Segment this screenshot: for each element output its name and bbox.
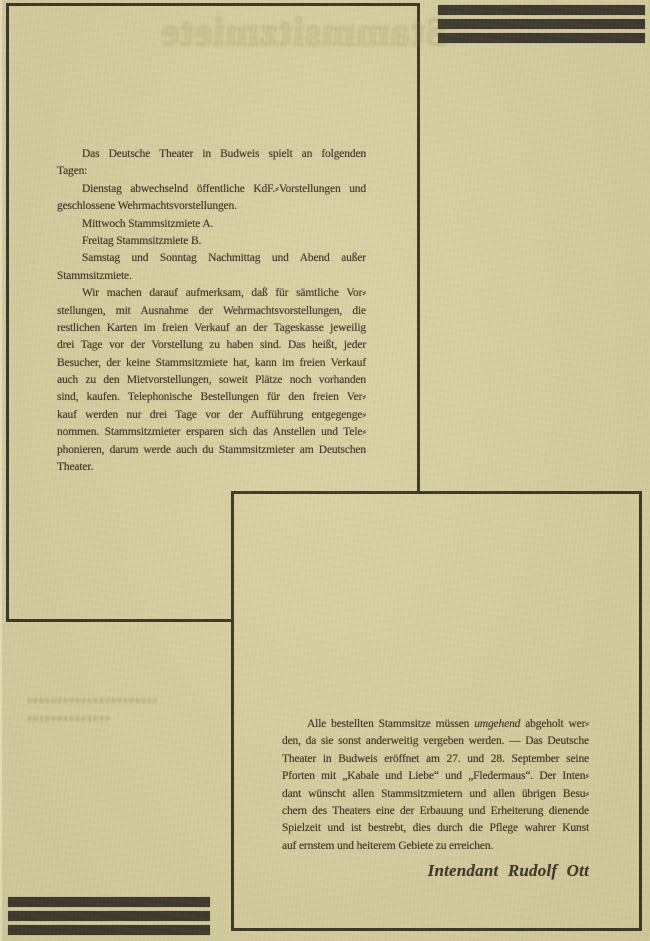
text-segment: umgehend [474, 718, 520, 730]
text-line: auch zu den Mietvorstellungen, soweit Pl… [57, 372, 366, 389]
text-segment: Theater in Budweis eröffnet am 27. und 2… [282, 753, 589, 765]
ornament-bar [8, 897, 210, 907]
text-line: kauf werden nur drei Tage vor der Auffüh… [57, 407, 366, 424]
opening-notice-box: Alle bestellten Stammsitze müssen umgehe… [231, 491, 642, 931]
text-line: Pforten mit „Kabale und Liebe“ und „Fled… [282, 768, 589, 785]
text-line: Tagen: [57, 163, 366, 180]
text-line: Wir machen darauf aufmerksam, daß für sä… [57, 285, 366, 302]
ornament-bar [8, 911, 210, 921]
text-segment: abgeholt wer⸗ [520, 718, 589, 730]
text-segment: auf ernstem und heiterem Gebiete zu erre… [282, 840, 493, 852]
text-segment: Pforten mit „Kabale und Liebe“ und „Fled… [282, 770, 589, 782]
text-segment: Theater. [57, 461, 93, 473]
text-line: Theater in Budweis eröffnet am 27. und 2… [282, 751, 589, 768]
text-segment: Das Deutsche Theater in Budweis spielt a… [82, 148, 366, 160]
scan-edge [0, 0, 2, 941]
text-segment: Samstag und Sonntag Nachmittag und Abend… [82, 252, 366, 264]
text-line: den, da sie sonst anderweitig vergeben w… [282, 733, 589, 750]
text-line: Stammsitzmiete. [57, 268, 366, 285]
ornament-bars-top-right [438, 5, 645, 43]
text-segment: dant wünscht allen Stammsitzmietern und … [282, 788, 589, 800]
text-segment: kauf werden nur drei Tage vor der Auffüh… [57, 409, 366, 421]
text-line: drei Tage vor der Vorstellung zu haben s… [57, 337, 366, 354]
ornament-bar [438, 19, 645, 29]
text-line: stellungen, mit Ausnahme der Wehrmachtsv… [57, 303, 366, 320]
text-segment: Spielzeit und ist bestrebt, dies durch d… [282, 822, 589, 834]
text-line: Mittwoch Stammsitzmiete A. [57, 216, 366, 233]
text-segment: nommen. Stammsitzmieter ersparen sich da… [57, 426, 366, 438]
bleed-through-smudge [28, 716, 110, 721]
text-line: Alle bestellten Stammsitze müssen umgehe… [282, 716, 589, 733]
ornament-bar [8, 925, 210, 935]
text-segment: Dienstag abwechselnd öffentliche KdF.⸗Vo… [82, 183, 366, 195]
schedule-text: Das Deutsche Theater in Budweis spielt a… [57, 146, 366, 476]
ornament-bars-bottom-left [8, 897, 210, 935]
text-line: geschlossene Wehrmachtsvorstellungen. [57, 198, 366, 215]
text-line: Theater. [57, 459, 366, 476]
text-segment: restlichen Karten im freien Verkauf an d… [57, 322, 366, 334]
text-line: Freitag Stammsitzmiete B. [57, 233, 366, 250]
ornament-bar [438, 5, 645, 15]
bleed-through-smudge [28, 698, 156, 703]
text-segment: Besucher, der keine Stammsitzmiete hat, … [57, 357, 366, 369]
text-line: dant wünscht allen Stammsitzmietern und … [282, 786, 589, 803]
text-line: Das Deutsche Theater in Budweis spielt a… [57, 146, 366, 163]
signature: Intendant Rudolf Ott [234, 860, 589, 881]
text-line: nommen. Stammsitzmieter ersparen sich da… [57, 424, 366, 441]
text-segment: Mittwoch Stammsitzmiete A. [82, 218, 213, 230]
text-segment: Tagen: [57, 165, 87, 177]
text-segment: auch zu den Mietvorstellungen, soweit Pl… [57, 374, 366, 386]
text-segment: drei Tage vor der Vorstellung zu haben s… [57, 339, 366, 351]
opening-text: Alle bestellten Stammsitze müssen umgehe… [282, 716, 589, 855]
text-segment: den, da sie sonst anderweitig vergeben w… [282, 735, 589, 747]
ornament-bar [438, 33, 645, 43]
text-line: auf ernstem und heiterem Gebiete zu erre… [282, 838, 589, 855]
text-segment: Stammsitzmiete. [57, 270, 132, 282]
text-segment: phonieren, darum werde auch du Stammsitz… [57, 444, 366, 456]
text-segment: stellungen, mit Ausnahme der Wehrmachtsv… [57, 305, 366, 317]
text-line: chern des Theaters eine der Erbauung und… [282, 803, 589, 820]
text-line: restlichen Karten im freien Verkauf an d… [57, 320, 366, 337]
text-line: Spielzeit und ist bestrebt, dies durch d… [282, 820, 589, 837]
text-line: phonieren, darum werde auch du Stammsitz… [57, 442, 366, 459]
text-segment: sind, kaufen. Telephonische Bestellungen… [57, 391, 366, 403]
text-segment: Alle bestellten Stammsitze müssen [307, 718, 474, 730]
text-line: Dienstag abwechselnd öffentliche KdF.⸗Vo… [57, 181, 366, 198]
scanned-booklet-page: { "colors": { "paper": "#d8d0a2", "ink":… [0, 0, 650, 941]
text-line: Samstag und Sonntag Nachmittag und Abend… [57, 250, 366, 267]
text-segment: chern des Theaters eine der Erbauung und… [282, 805, 589, 817]
text-segment: geschlossene Wehrmachtsvorstellungen. [57, 200, 237, 212]
text-line: Besucher, der keine Stammsitzmiete hat, … [57, 355, 366, 372]
text-segment: Wir machen darauf aufmerksam, daß für sä… [82, 287, 366, 299]
text-line: sind, kaufen. Telephonische Bestellungen… [57, 389, 366, 406]
text-segment: Freitag Stammsitzmiete B. [82, 235, 201, 247]
